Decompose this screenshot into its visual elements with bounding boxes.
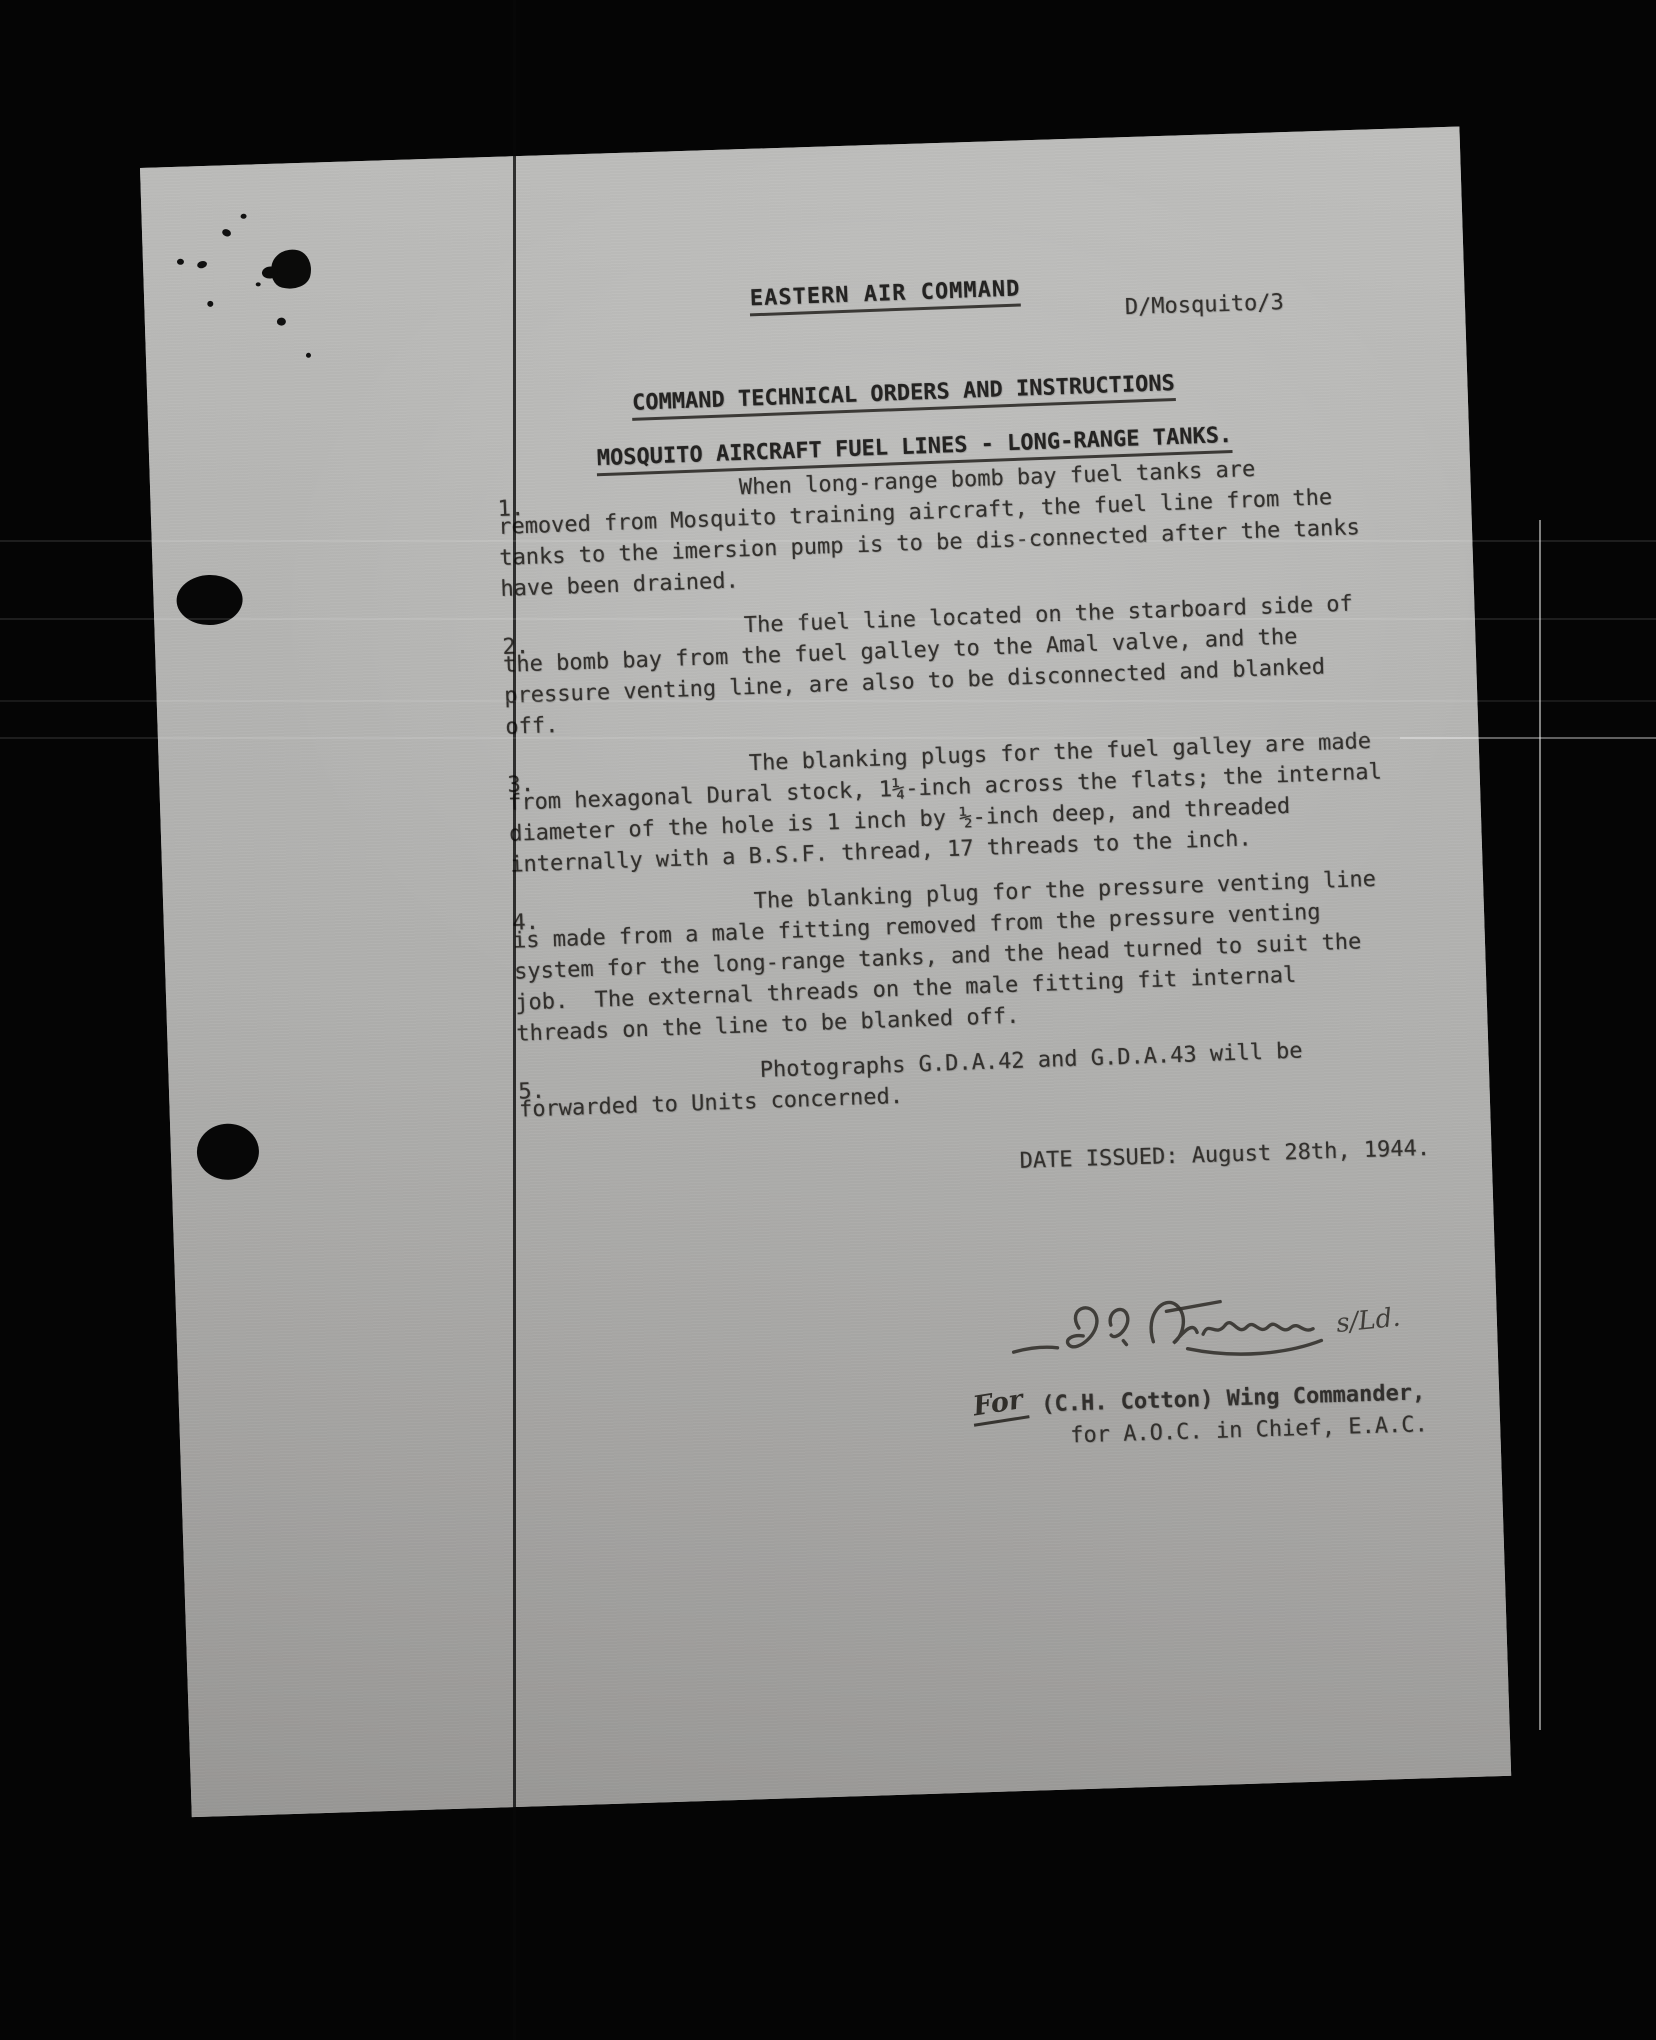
signature-rank-suffix: s/Ld. [1335,1303,1402,1339]
ink-speck [177,259,184,265]
paragraph: 2.The fuel line located on the starboard… [502,585,1466,743]
ink-speck [256,282,261,286]
scan-fold-line [513,0,516,2040]
paragraph-list: 1.When long-range bomb bay fuel tanks ar… [497,447,1480,1140]
ink-speck [207,301,213,307]
paragraph-number: 5. [518,1076,546,1108]
signature-dash-stroke [1014,1347,1058,1352]
ink-speck [221,228,232,238]
paragraph-number: 1. [497,493,525,525]
signatory-title-line: for A.O.C. in Chief, E.A.C. [1070,1412,1428,1448]
scanned-document-background: EASTERN AIR COMMAND D/Mosquito/3 COMMAND… [0,0,1656,2040]
date-issued: DATE ISSUED: August 28th, 1944. [1019,1136,1430,1174]
ink-speck [277,317,286,325]
scan-streak-bright [1400,737,1656,739]
org-title-text: EASTERN AIR COMMAND [749,276,1021,316]
document-page: EASTERN AIR COMMAND D/Mosquito/3 COMMAND… [140,127,1511,1818]
ink-speck [196,260,208,270]
scan-streak [0,618,1656,620]
reference-number: D/Mosquito/3 [1124,290,1284,320]
handwritten-for-note: For [969,1384,1030,1427]
scan-streak [0,700,1656,702]
paragraph: 4.The blanking plug for the pressure ven… [511,860,1476,1049]
signature-initial-e [1066,1307,1097,1347]
ink-speck [240,214,246,219]
ink-speck [306,353,311,358]
signature-kinson-squiggle [1203,1320,1313,1334]
ink-blot-stain [267,245,315,293]
document-org-title: EASTERN AIR COMMAND [663,251,1022,339]
signature-underline-flourish [1187,1340,1321,1355]
paragraph: 3.The blanking plugs for the fuel galley… [506,723,1470,881]
punch-hole-bottom [196,1123,260,1181]
scan-streak [0,540,1656,542]
signature-initial-c [1110,1309,1129,1345]
paragraph-number: 3. [507,769,535,801]
